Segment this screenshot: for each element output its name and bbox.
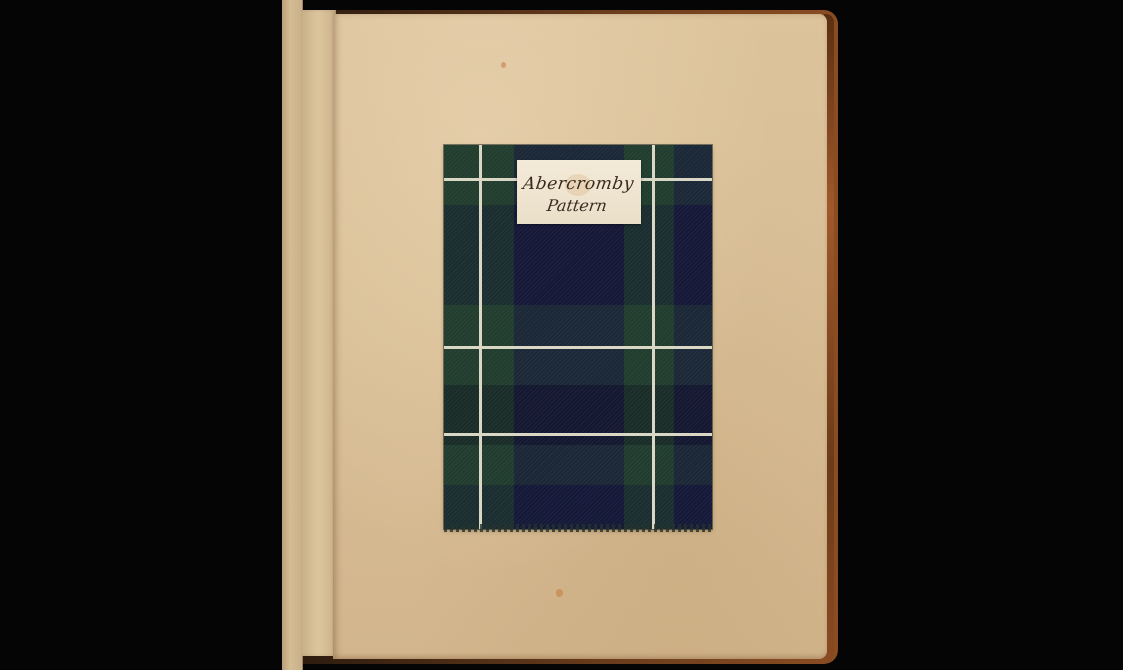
foxing-stain <box>501 62 506 68</box>
page-stub-inner <box>301 10 336 656</box>
label-title: Abercromby <box>522 174 641 194</box>
label-subtitle: Pattern <box>546 196 609 215</box>
swatch-label: Abercromby Pattern <box>517 160 641 224</box>
page-stub-outer <box>282 0 303 670</box>
foxing-stain <box>556 589 563 597</box>
photo-scene: Abercromby Pattern <box>0 0 1123 670</box>
swatch-fringe <box>444 524 712 532</box>
